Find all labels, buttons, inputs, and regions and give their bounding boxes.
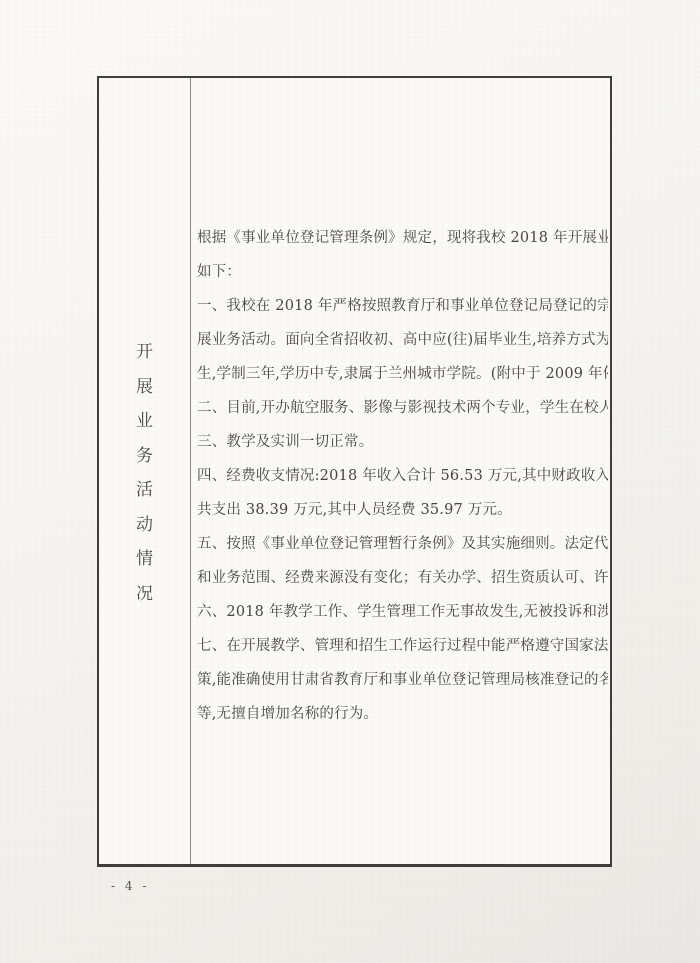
report-line: 共支出 38.39 万元,其中人员经费 35.97 万元。 xyxy=(197,493,608,527)
report-line: 四、经费收支情况:2018 年收入合计 56.53 万元,其中财政收入 8.65… xyxy=(197,459,608,493)
row-header-char: 展 xyxy=(99,370,190,405)
report-line: 生,学制三年,学历中专,隶属于兰州城市学院。(附中于 2009 年停止招生) xyxy=(197,357,608,391)
table-content-cell: 根据《事业单位登记管理条例》规定，现将我校 2018 年开展业务情况报告 如下：… xyxy=(191,78,610,864)
report-line: 五、按照《事业单位登记管理暂行条例》及其实施细则。法定代表人、宗旨 xyxy=(197,527,608,561)
report-line: 等,无擅自增加名称的行为。 xyxy=(197,697,608,731)
report-line: 七、在开展教学、管理和招生工作运行过程中能严格遵守国家法律和有关政 xyxy=(197,629,608,663)
row-header-char: 务 xyxy=(99,439,190,474)
report-line: 一、我校在 2018 年严格按照教育厅和事业单位登记局登记的宗旨和范围开 xyxy=(197,289,608,323)
report-line: 如下： xyxy=(197,255,608,289)
page-number: - 4 - xyxy=(111,879,149,893)
row-header-char: 情 xyxy=(99,542,190,577)
row-header-char: 开 xyxy=(99,335,190,370)
business-activity-table: 开 展 业 务 活 动 情 况 根据《事业单位登记管理条例》规定，现将我校 20… xyxy=(97,76,612,867)
row-header-char: 动 xyxy=(99,508,190,543)
report-line: 策,能准确使用甘肃省教育厅和事业单位登记管理局核准登记的名称、印章 xyxy=(197,663,608,697)
row-header-char: 况 xyxy=(99,577,190,612)
report-line: 根据《事业单位登记管理条例》规定，现将我校 2018 年开展业务情况报告 xyxy=(197,221,608,255)
report-body: 根据《事业单位登记管理条例》规定，现将我校 2018 年开展业务情况报告 如下：… xyxy=(197,221,608,731)
report-line: 展业务活动。面向全省招收初、高中应(往)届毕业生,培养方式为国家任务 xyxy=(197,323,608,357)
report-line: 和业务范围、经费来源没有变化；有关办学、招生资质认可、许可继续有效 xyxy=(197,561,608,595)
row-header-char: 活 xyxy=(99,473,190,508)
report-line: 六、2018 年教学工作、学生管理工作无事故发生,无被投诉和涉及诉讼现象。 xyxy=(197,595,608,629)
table-row-header-cell: 开 展 业 务 活 动 情 况 xyxy=(99,78,191,864)
row-header-vertical-label: 开 展 业 务 活 动 情 况 xyxy=(99,335,190,611)
row-header-char: 业 xyxy=(99,404,190,439)
scanned-document-page: 开 展 业 务 活 动 情 况 根据《事业单位登记管理条例》规定，现将我校 20… xyxy=(0,0,700,963)
report-line: 二、目前,开办航空服务、影像与影视技术两个专业，学生在校人数 89 人。 xyxy=(197,391,608,425)
report-line: 三、教学及实训一切正常。 xyxy=(197,425,608,459)
